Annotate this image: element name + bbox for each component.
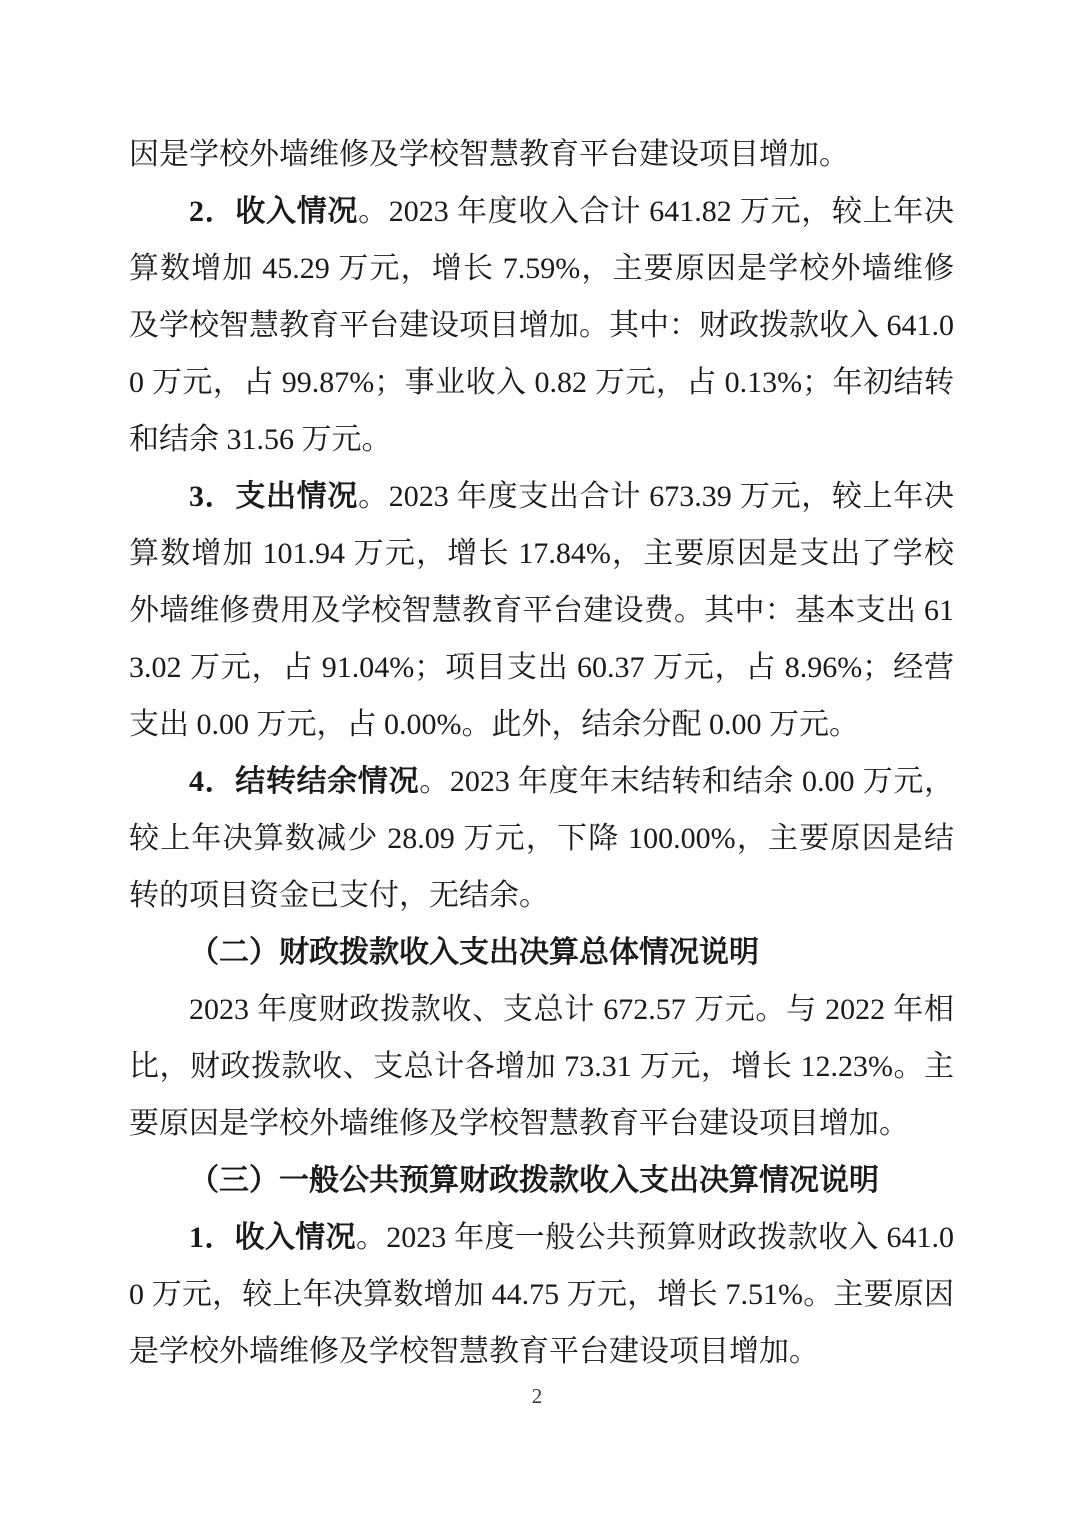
paragraph-expenditure-lead: 3．支出情况 — [189, 480, 358, 513]
paragraph-expenditure-text: 。2023 年度支出合计 673.39 万元，较上年决算数增加 101.94 万… — [129, 480, 954, 741]
document-page: { "page": { "number": "2" }, "colors": {… — [0, 0, 1074, 1520]
section-heading-general-public-budget: （三）一般公共预算财政拨款收入支出决算情况说明 — [129, 1152, 954, 1209]
paragraph-carryover-lead: 4．结转结余情况 — [189, 765, 419, 798]
page-footer: 2 — [0, 1384, 1074, 1409]
paragraph-budget-income-lead: 1．收入情况 — [189, 1221, 356, 1254]
section-heading-fiscal-appropriation-overview: （二）财政拨款收入支出决算总体情况说明 — [129, 924, 954, 981]
paragraph-expenditure-situation: 3．支出情况。2023 年度支出合计 673.39 万元，较上年决算数增加 10… — [129, 468, 954, 753]
document-body: 因是学校外墙维修及学校智慧教育平台建设项目增加。 2．收入情况。2023 年度收… — [129, 126, 954, 1380]
paragraph-fiscal-appropriation-total: 2023 年度财政拨款收、支总计 672.57 万元。与 2022 年相比，财政… — [129, 981, 954, 1152]
paragraph-income-text: 。2023 年度收入合计 641.82 万元，较上年决算数增加 45.29 万元… — [129, 195, 954, 456]
paragraph-income-situation: 2．收入情况。2023 年度收入合计 641.82 万元，较上年决算数增加 45… — [129, 183, 954, 468]
paragraph-carryover-situation: 4．结转结余情况。2023 年度年末结转和结余 0.00 万元，较上年决算数减少… — [129, 753, 954, 924]
paragraph-budget-income-situation: 1．收入情况。2023 年度一般公共预算财政拨款收入 641.00 万元，较上年… — [129, 1209, 954, 1380]
paragraph-continuation: 因是学校外墙维修及学校智慧教育平台建设项目增加。 — [129, 126, 954, 183]
page-number: 2 — [532, 1384, 543, 1408]
paragraph-income-lead: 2．收入情况 — [189, 195, 358, 228]
